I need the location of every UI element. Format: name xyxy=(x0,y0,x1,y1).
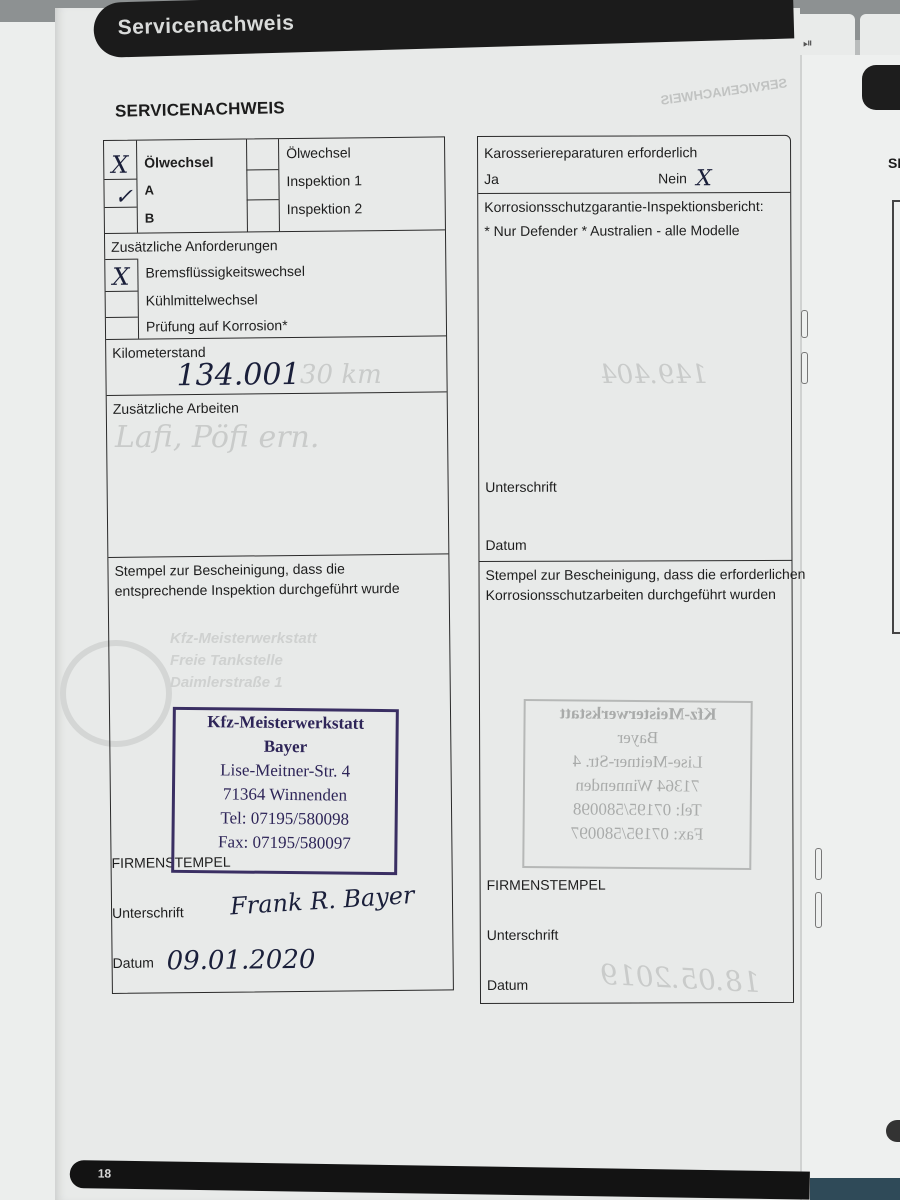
option-label: B xyxy=(145,210,155,225)
body-repair-label: Karosseriereparaturen erforderlich xyxy=(484,144,697,161)
body-repair-no-mark: X xyxy=(696,166,712,191)
option-label: Inspektion 2 xyxy=(287,200,363,217)
requirement-label: Kühlmittelwechsel xyxy=(146,291,258,308)
checkbox-oil-change-a[interactable]: X xyxy=(111,151,128,179)
next-page-form-edge xyxy=(892,200,900,634)
option-label: A xyxy=(144,182,154,197)
play-pause-icon: ⏯ xyxy=(803,36,813,51)
corrosion-company-stamp-label: FIRMENSTEMPEL xyxy=(487,877,606,893)
body-repair-no[interactable]: Nein xyxy=(658,170,687,186)
page-title: SERVICENACHWEIS xyxy=(115,98,285,122)
signature-label: Unterschrift xyxy=(112,904,184,921)
option-label: Ölwechsel xyxy=(286,144,351,161)
staple-icon xyxy=(801,310,808,338)
additional-requirements-heading: Zusätzliche Anforderungen xyxy=(111,237,278,255)
next-page-header-tab xyxy=(862,65,900,110)
checkbox-brake-fluid[interactable]: X xyxy=(112,263,129,291)
additional-work-label: Zusätzliche Arbeiten xyxy=(113,400,239,417)
background-object xyxy=(810,1178,900,1200)
corrosion-report-note: * Nur Defender * Australien - alle Model… xyxy=(484,222,739,239)
page-number: 18 xyxy=(98,1166,112,1180)
staple-icon xyxy=(815,848,822,880)
option-label: Inspektion 1 xyxy=(286,172,362,189)
underlying-page-left xyxy=(0,22,61,1200)
corrosion-stamp-signature-label: Unterschrift xyxy=(487,927,559,943)
next-page: SE xyxy=(800,55,900,1200)
corrosion-stamp-instruction-line1: Stempel zur Bescheinigung, dass die erfo… xyxy=(486,566,806,583)
date-label: Datum xyxy=(113,955,154,971)
stamp-instruction-line1: Stempel zur Bescheinigung, dass die xyxy=(114,560,345,578)
corrosion-stamp-date-label: Datum xyxy=(487,977,528,993)
next-page-title: SE xyxy=(888,155,900,171)
stamp-instruction-line2: entsprechende Inspektion durchgeführt wu… xyxy=(115,580,400,599)
corrosion-report-label: Korrosionsschutzgarantie-Inspektionsberi… xyxy=(484,198,763,215)
date-value[interactable]: 09.01.2020 xyxy=(166,945,315,977)
checkbox-a[interactable]: ✓ xyxy=(114,185,133,210)
workshop-stamp: Kfz-Meisterwerkstatt Bayer Lise-Meitner-… xyxy=(171,707,399,875)
odometer-value[interactable]: 134.001 xyxy=(176,357,300,393)
right-service-form: Karosseriereparaturen erforderlich Ja Ne… xyxy=(477,135,794,1004)
header-tab-label: Servicenachweis xyxy=(117,11,294,40)
show-through-stamp-mirrored: Kfz-Meisterwerkstatt Bayer Lise-Meitner-… xyxy=(522,699,752,870)
next-page-footer-tab xyxy=(886,1120,900,1142)
requirement-label: Prüfung auf Korrosion* xyxy=(146,317,288,334)
staple-icon xyxy=(815,892,822,928)
staple-icon xyxy=(801,352,808,384)
corrosion-signature-label: Unterschrift xyxy=(485,479,557,495)
signature-value[interactable]: Frank R. Bayer xyxy=(229,881,415,921)
requirement-label: Bremsflüssigkeitswechsel xyxy=(145,263,305,281)
body-repair-yes[interactable]: Ja xyxy=(484,171,499,187)
option-label: Ölwechsel xyxy=(144,154,213,171)
corrosion-date-label: Datum xyxy=(485,537,526,553)
corrosion-stamp-instruction-line2: Korrosionsschutzarbeiten durchgeführt wu… xyxy=(486,586,776,603)
